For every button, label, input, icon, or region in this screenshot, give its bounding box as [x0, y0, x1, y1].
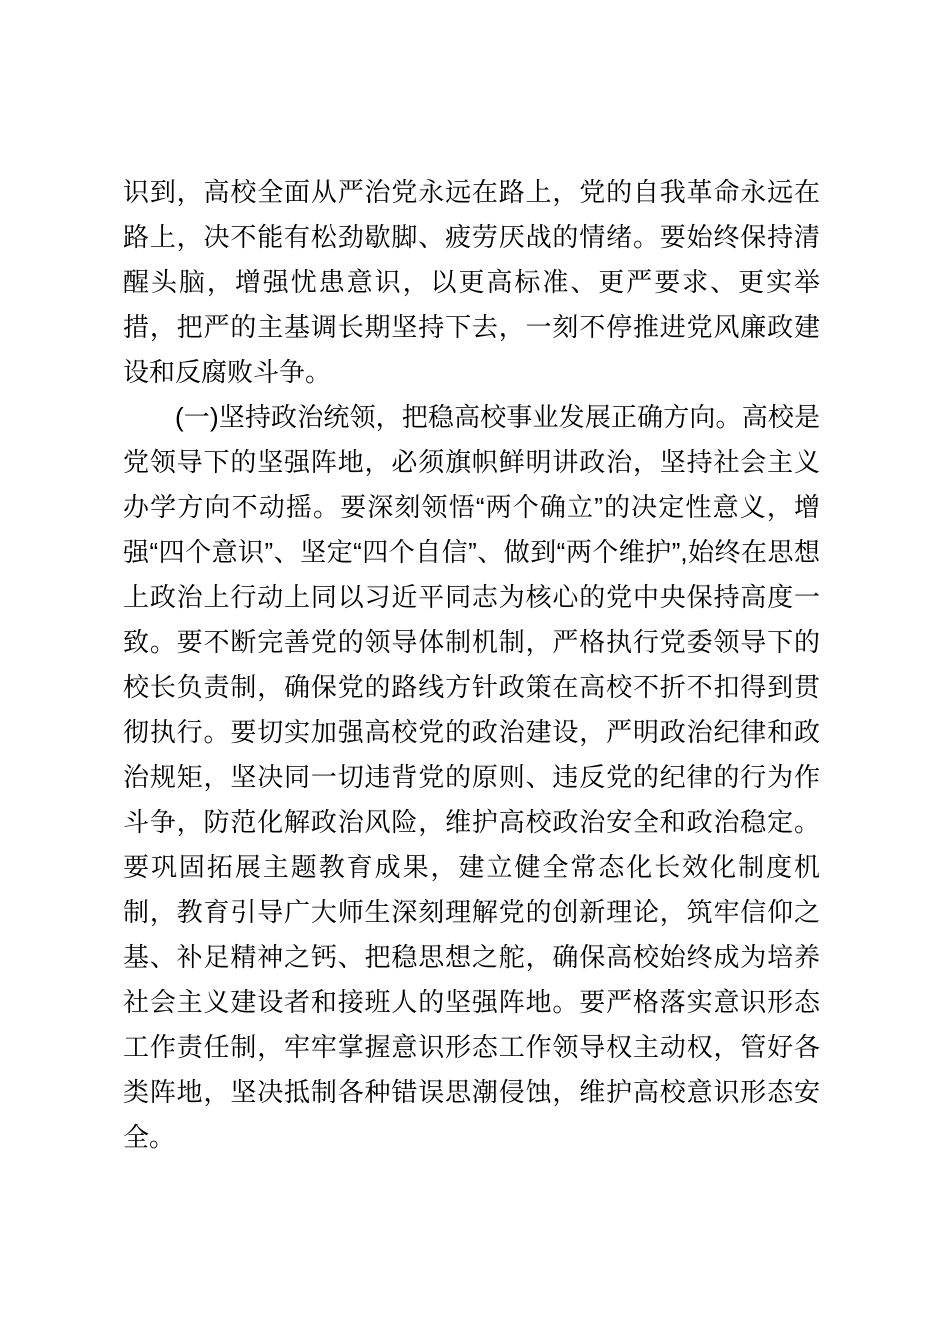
paragraph-continuation: 识到，高校全面从严治党永远在路上，党的自我革命永远在路上，决不能有松劲歇脚、疲劳…	[123, 170, 820, 395]
document-background: { "page": { "background_color": "#ffffff…	[0, 0, 950, 1344]
paragraph-section-one: (一)坚持政治统领，把稳高校事业发展正确方向。高校是党领导下的坚强阵地，必须旗帜…	[123, 395, 820, 1160]
document-page: 识到，高校全面从严治党永远在路上，党的自我革命永远在路上，决不能有松劲歇脚、疲劳…	[123, 170, 820, 1160]
